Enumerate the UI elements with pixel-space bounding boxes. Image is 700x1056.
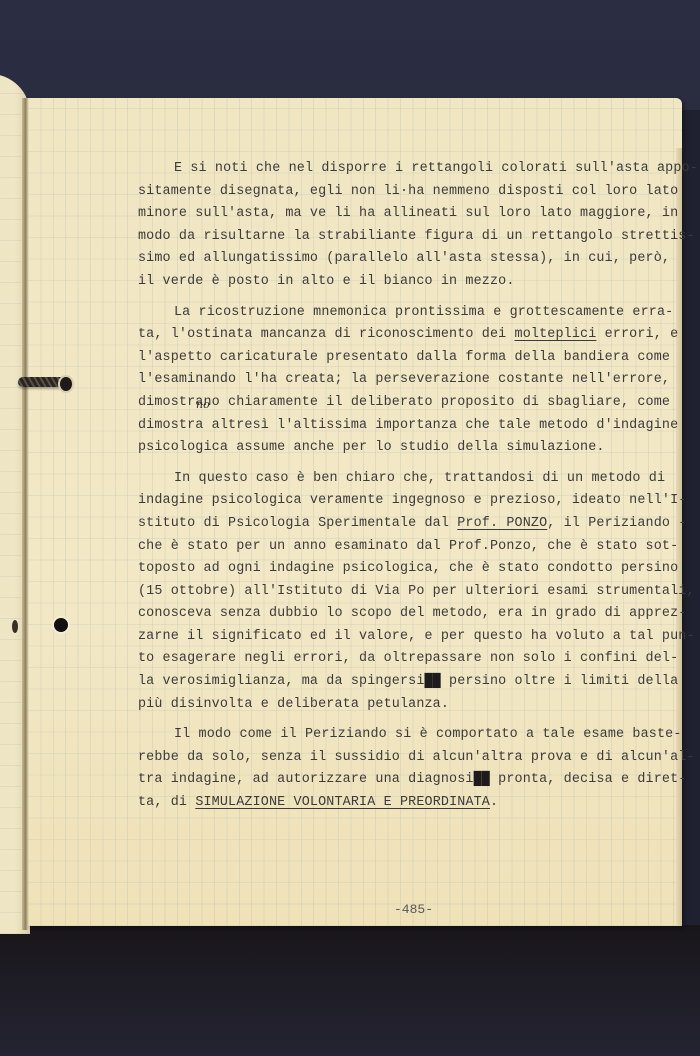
text-line: l'esaminando l'ha creata; la perseverazi… [138, 369, 668, 392]
strikeout-mark: ██ [425, 674, 441, 689]
text-line: tra indagine, ad autorizzare una diagnos… [138, 769, 668, 792]
text-line: dimostra altresì l'altissima importanza … [138, 415, 668, 438]
text-line: In questo caso è ben chiaro che, trattan… [138, 468, 668, 491]
text-line: ta, l'ostinata mancanza di riconosciment… [138, 324, 668, 347]
text-line: che è stato per un anno esaminato dal Pr… [138, 536, 668, 559]
text-line: Il modo come il Periziando si è comporta… [138, 724, 668, 747]
text-line: stituto di Psicologia Sperimentale dal P… [138, 513, 668, 536]
paragraph: Il modo come il Periziando si è comporta… [138, 724, 668, 814]
text-line: zarne il significato ed il valore, e per… [138, 626, 668, 649]
text-line: dimostrano chiaramente il deliberato pro… [138, 392, 668, 415]
text-span: tra indagine, ad autorizzare una diagnos… [138, 772, 474, 787]
text-span: stituto di Psicologia Sperimentale dal [138, 516, 457, 531]
text-line: minore sull'asta, ma ve li ha allineati … [138, 203, 668, 226]
backdrop-bottom [0, 925, 700, 1056]
text-line: più disinvolta e deliberata petulanza. [138, 694, 668, 717]
text-line: to esagerare negli errori, da oltrepassa… [138, 648, 668, 671]
binding-spine [22, 98, 28, 930]
text-span: . [490, 795, 498, 810]
text-line: la verosimiglianza, ma da spingersi██ pe… [138, 671, 668, 694]
text-line: psicologica assume anche per lo studio d… [138, 437, 668, 460]
text-span: persino oltre i limiti della [441, 674, 678, 689]
strikeout-mark: ██ [474, 772, 490, 787]
paragraph: E si noti che nel disporre i rettangoli … [138, 158, 668, 294]
paragraph: In questo caso è ben chiaro che, trattan… [138, 468, 668, 717]
handwritten-annotation: no [196, 398, 210, 411]
underlined-conclusion: SIMULAZIONE VOLONTARIA E PREORDINATA [195, 795, 490, 810]
text-line: toposto ad ogni indagine psicologica, ch… [138, 558, 668, 581]
text-line: conosceva senza dubbio lo scopo del meto… [138, 603, 668, 626]
page-number: -485- [394, 902, 433, 917]
text-span: , il Periziando - [547, 516, 686, 531]
backdrop-top [0, 0, 700, 110]
text-span: ta, l'ostinata mancanza di riconosciment… [138, 327, 515, 342]
binder-eyelet-icon [58, 375, 74, 393]
text-span: pronta, decisa e diret- [490, 772, 686, 787]
text-span: ta, di [138, 795, 195, 810]
text-line: (15 ottobre) all'Istituto di Via Po per … [138, 581, 668, 604]
text-line: il verde è posto in alto e il bianco in … [138, 271, 668, 294]
typewritten-body: E si noti che nel disporre i rettangoli … [138, 158, 668, 815]
text-span: la verosimiglianza, ma da spingersi [138, 674, 425, 689]
text-line: rebbe da solo, senza il sussidio di alcu… [138, 747, 668, 770]
text-line: La ricostruzione mnemonica prontissima e… [138, 302, 668, 325]
text-span: errori, e [596, 327, 678, 342]
text-line: E si noti che nel disporre i rettangoli … [138, 158, 668, 181]
underlined-name: Prof. PONZO [457, 516, 547, 531]
text-line: ta, di SIMULAZIONE VOLONTARIA E PREORDIN… [138, 792, 668, 815]
paragraph: La ricostruzione mnemonica prontissima e… [138, 302, 668, 460]
underlined-word: molteplici [515, 327, 597, 342]
text-line: sitamente disegnata, egli non li·ha nemm… [138, 181, 668, 204]
page-edge [676, 148, 682, 926]
punch-hole-icon [54, 618, 68, 632]
text-line: l'aspetto caricaturale presentato dalla … [138, 347, 668, 370]
text-line: modo da risultarne la strabiliante figur… [138, 226, 668, 249]
text-line: simo ed allungatissimo (parallelo all'as… [138, 248, 668, 271]
punch-hole-icon [12, 620, 18, 633]
text-line: indagine psicologica veramente ingegnoso… [138, 490, 668, 513]
